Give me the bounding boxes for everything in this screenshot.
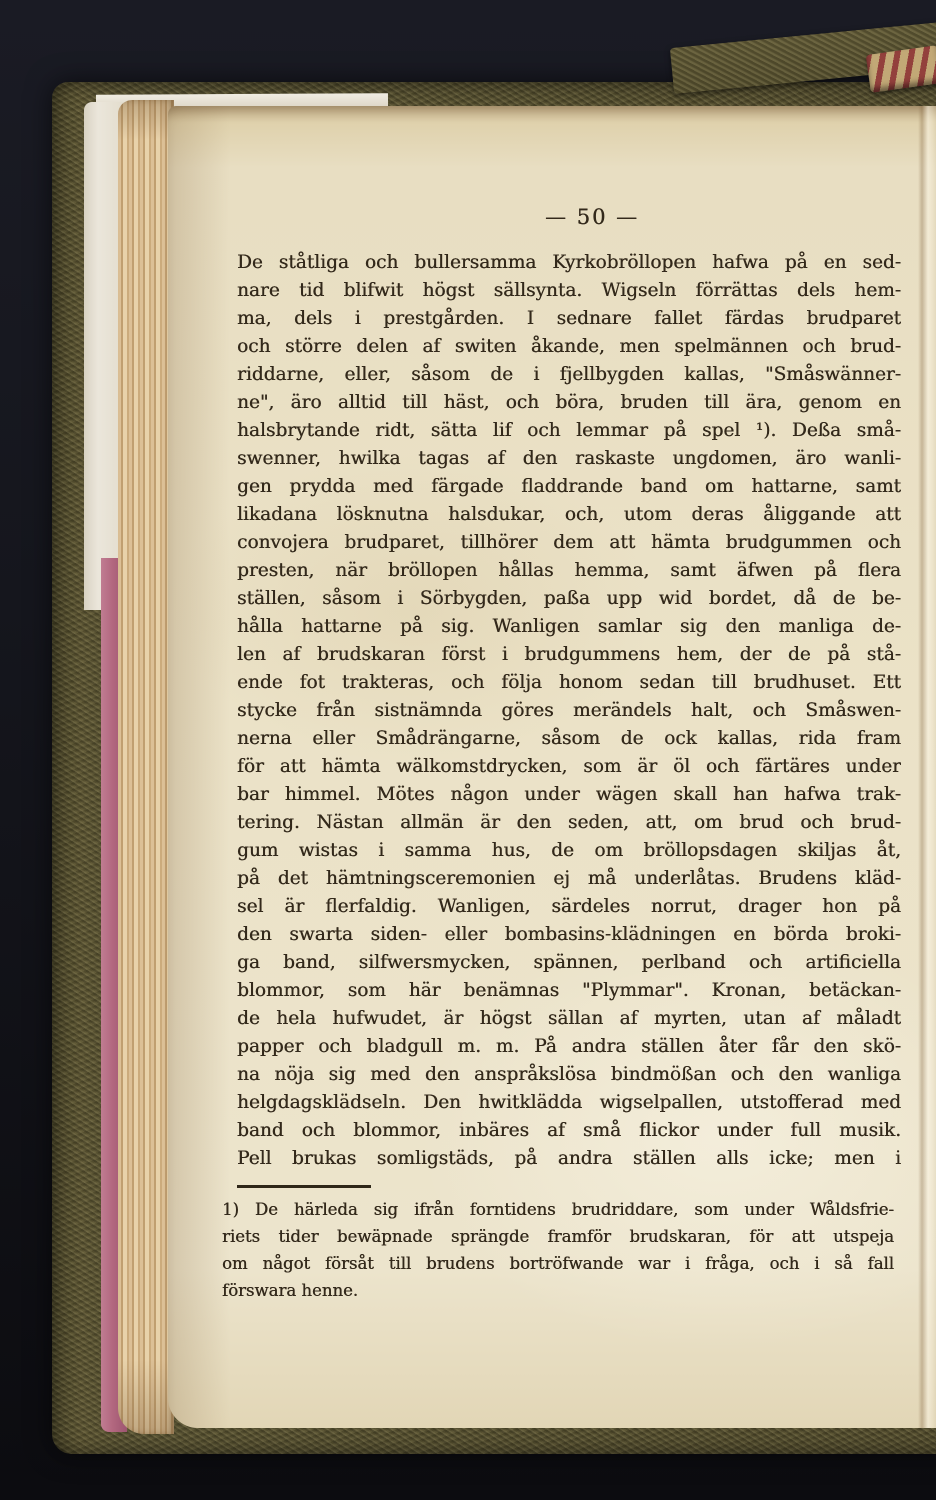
text-line: De ståtliga och bullersamma Kyrkobröllop… [237,249,901,277]
text-line: na nöja sig med den anspråkslösa bindmöß… [237,1061,901,1089]
text-line: presten, när bröllopen hållas hemma, sam… [237,557,901,585]
text-line: convojera brudparet, tillhörer dem att h… [237,529,901,557]
footnote-rule [237,1185,371,1188]
text-line: ställen, såsom i Sörbygden, paßa upp wid… [237,585,901,613]
text-line: de hela hufwudet, är högst sällan af myr… [237,1005,901,1033]
text-line: len af brudskaran först i brudgummens he… [237,641,901,669]
text-line: helgdagsklädseln. Den hwitklädda wigselp… [237,1089,901,1117]
text-line: stycke från sistnämnda göres merändels h… [237,697,901,725]
footnote: 1) De härleda sig ifrån forntidens brudr… [222,1196,894,1304]
text-line: riddarne, eller, såsom de i fjellbygden … [237,361,901,389]
text-line: ende fot trakteras, och följa honom seda… [237,669,901,697]
text-line: swenner, hwilka tagas af den raskaste un… [237,445,901,473]
text-line: blommor, som här benämnas "Plymmar". Kro… [237,977,901,1005]
text-line: halsbrytande ridt, sätta lif och lemmar … [237,417,901,445]
text-line: papper och bladgull m. m. På andra ställ… [237,1033,901,1061]
text-line: ga band, silfwersmycken, spännen, perlba… [237,949,901,977]
main-text: De ståtliga och bullersamma Kyrkobröllop… [237,249,901,1173]
text-line: likadana lösknutna halsdukar, och, utom … [237,501,901,529]
page-stack-edge [118,100,174,1434]
text-line: den swarta siden- eller bombasins-klädni… [237,921,901,949]
text-line: 1) De härleda sig ifrån forntidens brudr… [222,1196,894,1223]
text-line: gen prydda med färgade fladdrande band o… [237,473,901,501]
text-line: nare tid blifwit högst sällsynta. Wigsel… [237,277,901,305]
text-line: och större delen af switen åkande, men s… [237,333,901,361]
text-line: tering. Nästan allmän är den seden, att,… [237,809,901,837]
text-line: band och blommor, inbäres af små flickor… [237,1117,901,1145]
text-line: nerna eller Smådrängarne, såsom de ock k… [237,725,901,753]
text-line: bar himmel. Mötes någon under wägen skal… [237,781,901,809]
text-line: om något försåt till brudens bortröfwand… [222,1250,894,1277]
text-line: sel är flerfaldig. Wanligen, särdeles no… [237,893,901,921]
text-line: ne", äro alltid till häst, och böra, bru… [237,389,901,417]
text-line: på det hämtningsceremonien ej må underlå… [237,865,901,893]
text-line: riets tider bewäpnade sprängde framför b… [222,1223,894,1250]
text-line: ma, dels i prestgården. I sednare fallet… [237,305,901,333]
text-line: gum wistas i samma hus, de om bröllopsda… [237,837,901,865]
text-line: förswara henne. [222,1277,894,1304]
page-number: — 50 — [437,202,747,232]
page-right-edge [918,106,936,1428]
text-line: hålla hattarne på sig. Wanligen samlar s… [237,613,901,641]
text-line: för att hämta wälkomstdrycken, som är öl… [237,753,901,781]
text-line: Pell brukas somligstäds, på andra ställe… [237,1145,901,1173]
